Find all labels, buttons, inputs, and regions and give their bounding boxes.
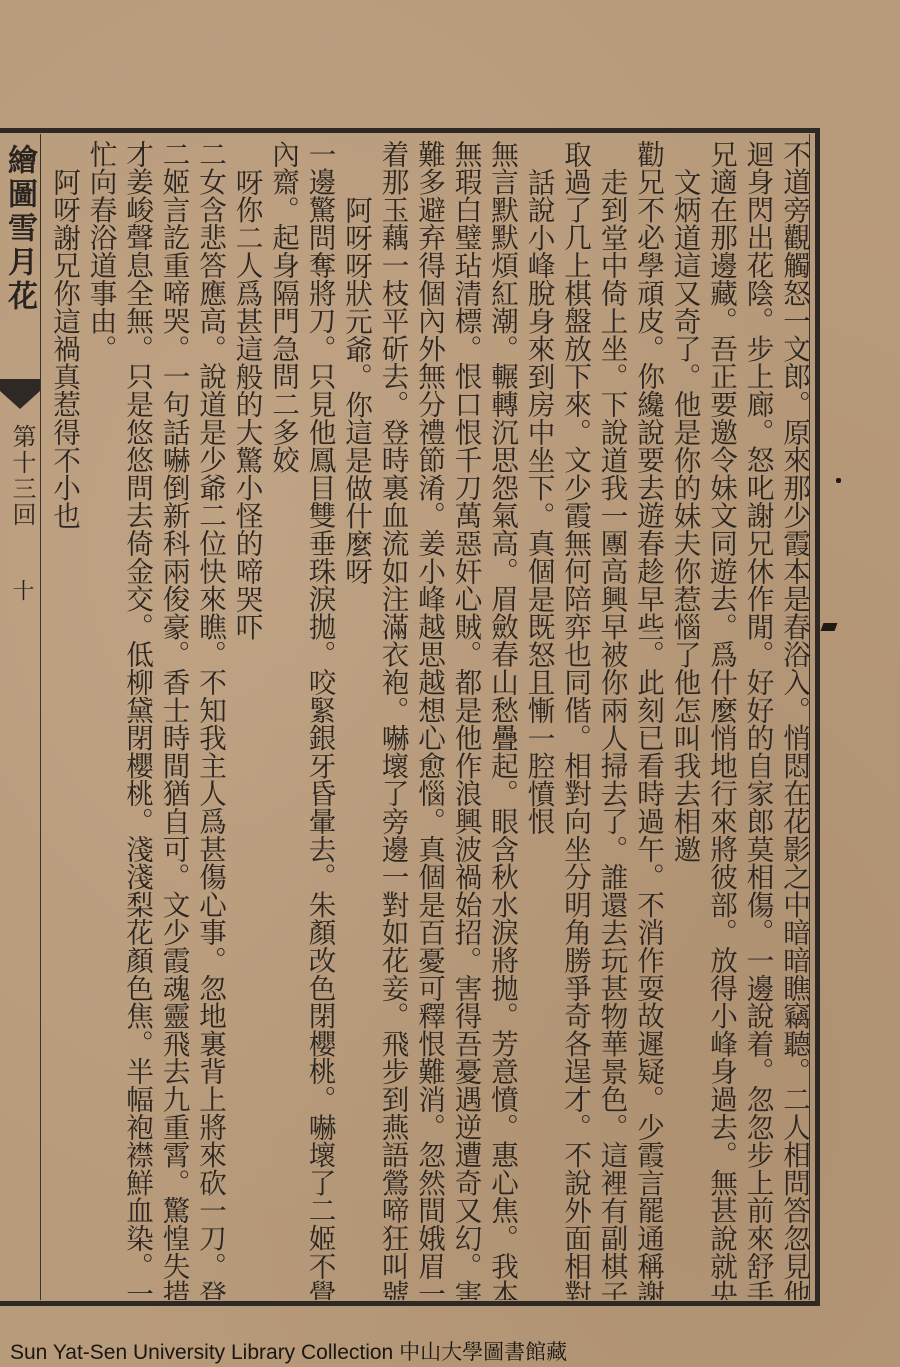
paper-wormhole (821, 623, 838, 631)
text-column: 勸兄不必學頑皮。你纔說要去遊春趁早些。此刻已看時過午。不消作耍故遲疑。少霞言罷通… (630, 140, 667, 1300)
text-column: 文炳道這又奇了。他是你的妹夫你惹惱了他怎叫我去相邀 (666, 140, 703, 1300)
text-column: 話說小峰脫身來到房中坐下。真個是既怒且慚一腔憤恨 (520, 140, 557, 1300)
text-column: 忙向春浴道事由。 (82, 140, 119, 1300)
text-column: 既知你妹天生性僻乖。爲什麼與他取笑戲談諧。好端端平空惹出蹊蹺禍。我到要看你今朝怎… (44, 140, 46, 1300)
text-column: 不道旁觀觸怒一文郎。原來那少霞本是春浴入。悄悶在花影之中暗暗瞧竊聽。二人相問答忽… (776, 140, 813, 1300)
text-column: 取過了几上棋盤放下來。文少霞無何陪弈也同偕。相對向坐分明角勝爭奇各逞才。不說外面… (557, 140, 594, 1300)
text-column: 二姬言訖重啼哭。一句話嚇倒新科兩俊豪。香士時間猶自可。文少霞魂靈飛去九重霄。驚惶… (155, 140, 192, 1300)
text-column: 難多避弃得個內外無分禮節淆。姜小峰越思越想心愈惱。真個是百憂可釋恨難消。忽然間娥… (411, 140, 448, 1300)
text-column: 兄適在那邊藏。吾正要邀令妹文同遊去。爲什麼悄地行來將彼部。放得小峰身過去。無甚說… (703, 140, 740, 1300)
text-column: 呀你二人爲甚這般的大驚小怪的啼哭吓 (228, 140, 265, 1300)
text-column: 二女含悲答應高。說道是少爺二位快來瞧。不知我主人爲甚傷心事。忽地裏背上將來砍一刀… (192, 140, 229, 1300)
text-column: 迴身閃出花陰。步上廊。怒叱謝兄休作閒。好好的自家郎莫相傷。一邊說着。忽忽步上前來… (739, 140, 776, 1300)
main-text: 不道旁觀觸怒一文郎。原來那少霞本是春浴入。悄悶在花影之中暗暗瞧竊聽。二人相問答忽… (44, 140, 812, 1300)
text-column: 無瑕白璧玷清標。恨口恨千刀萬惡奸心賊。都是他作浪興波禍始招。害得吾憂遇逆遭奇又幻… (447, 140, 484, 1300)
text-column: 阿呀呀狀元爺。你這是做什麼呀 (338, 140, 375, 1300)
text-column: 着那玉藕一枝平斫去。登時裏血流如注滿衣袍。嚇壞了旁邊一對如花妾。飛步到燕語鶯啼狂… (374, 140, 411, 1300)
text-column: 一邊驚問奪將刀。只見他鳳目雙垂珠淚拋。咬緊銀牙昏暈去。朱顏改色閉櫻桃。嚇壞了二姬… (301, 140, 338, 1300)
paper-wormhole (836, 478, 841, 483)
text-column: 才姜峻聲息全無。只是悠悠問去倚金交。低柳黛閉櫻桃。淺淺梨花顏色焦。半幅袍襟鮮血染… (119, 140, 156, 1300)
library-watermark: Sun Yat-Sen University Library Collectio… (10, 1336, 567, 1366)
text-column: 內齋。起身隔門急問二多姣 (265, 140, 302, 1300)
text-column: 無言默默煩紅潮。輾轉沉思怨氣高。眉斂春山愁疊起。眼含秋水淚將拋。芳意憤。惠心焦。… (484, 140, 521, 1300)
text-column: 阿呀謝兄你這禍真惹得不小也 (46, 140, 83, 1300)
text-column: 走到堂中倚上坐。下說道我一團高興早被你兩人掃去了。誰還去玩甚物華景色。這裡有副棋… (593, 140, 630, 1300)
